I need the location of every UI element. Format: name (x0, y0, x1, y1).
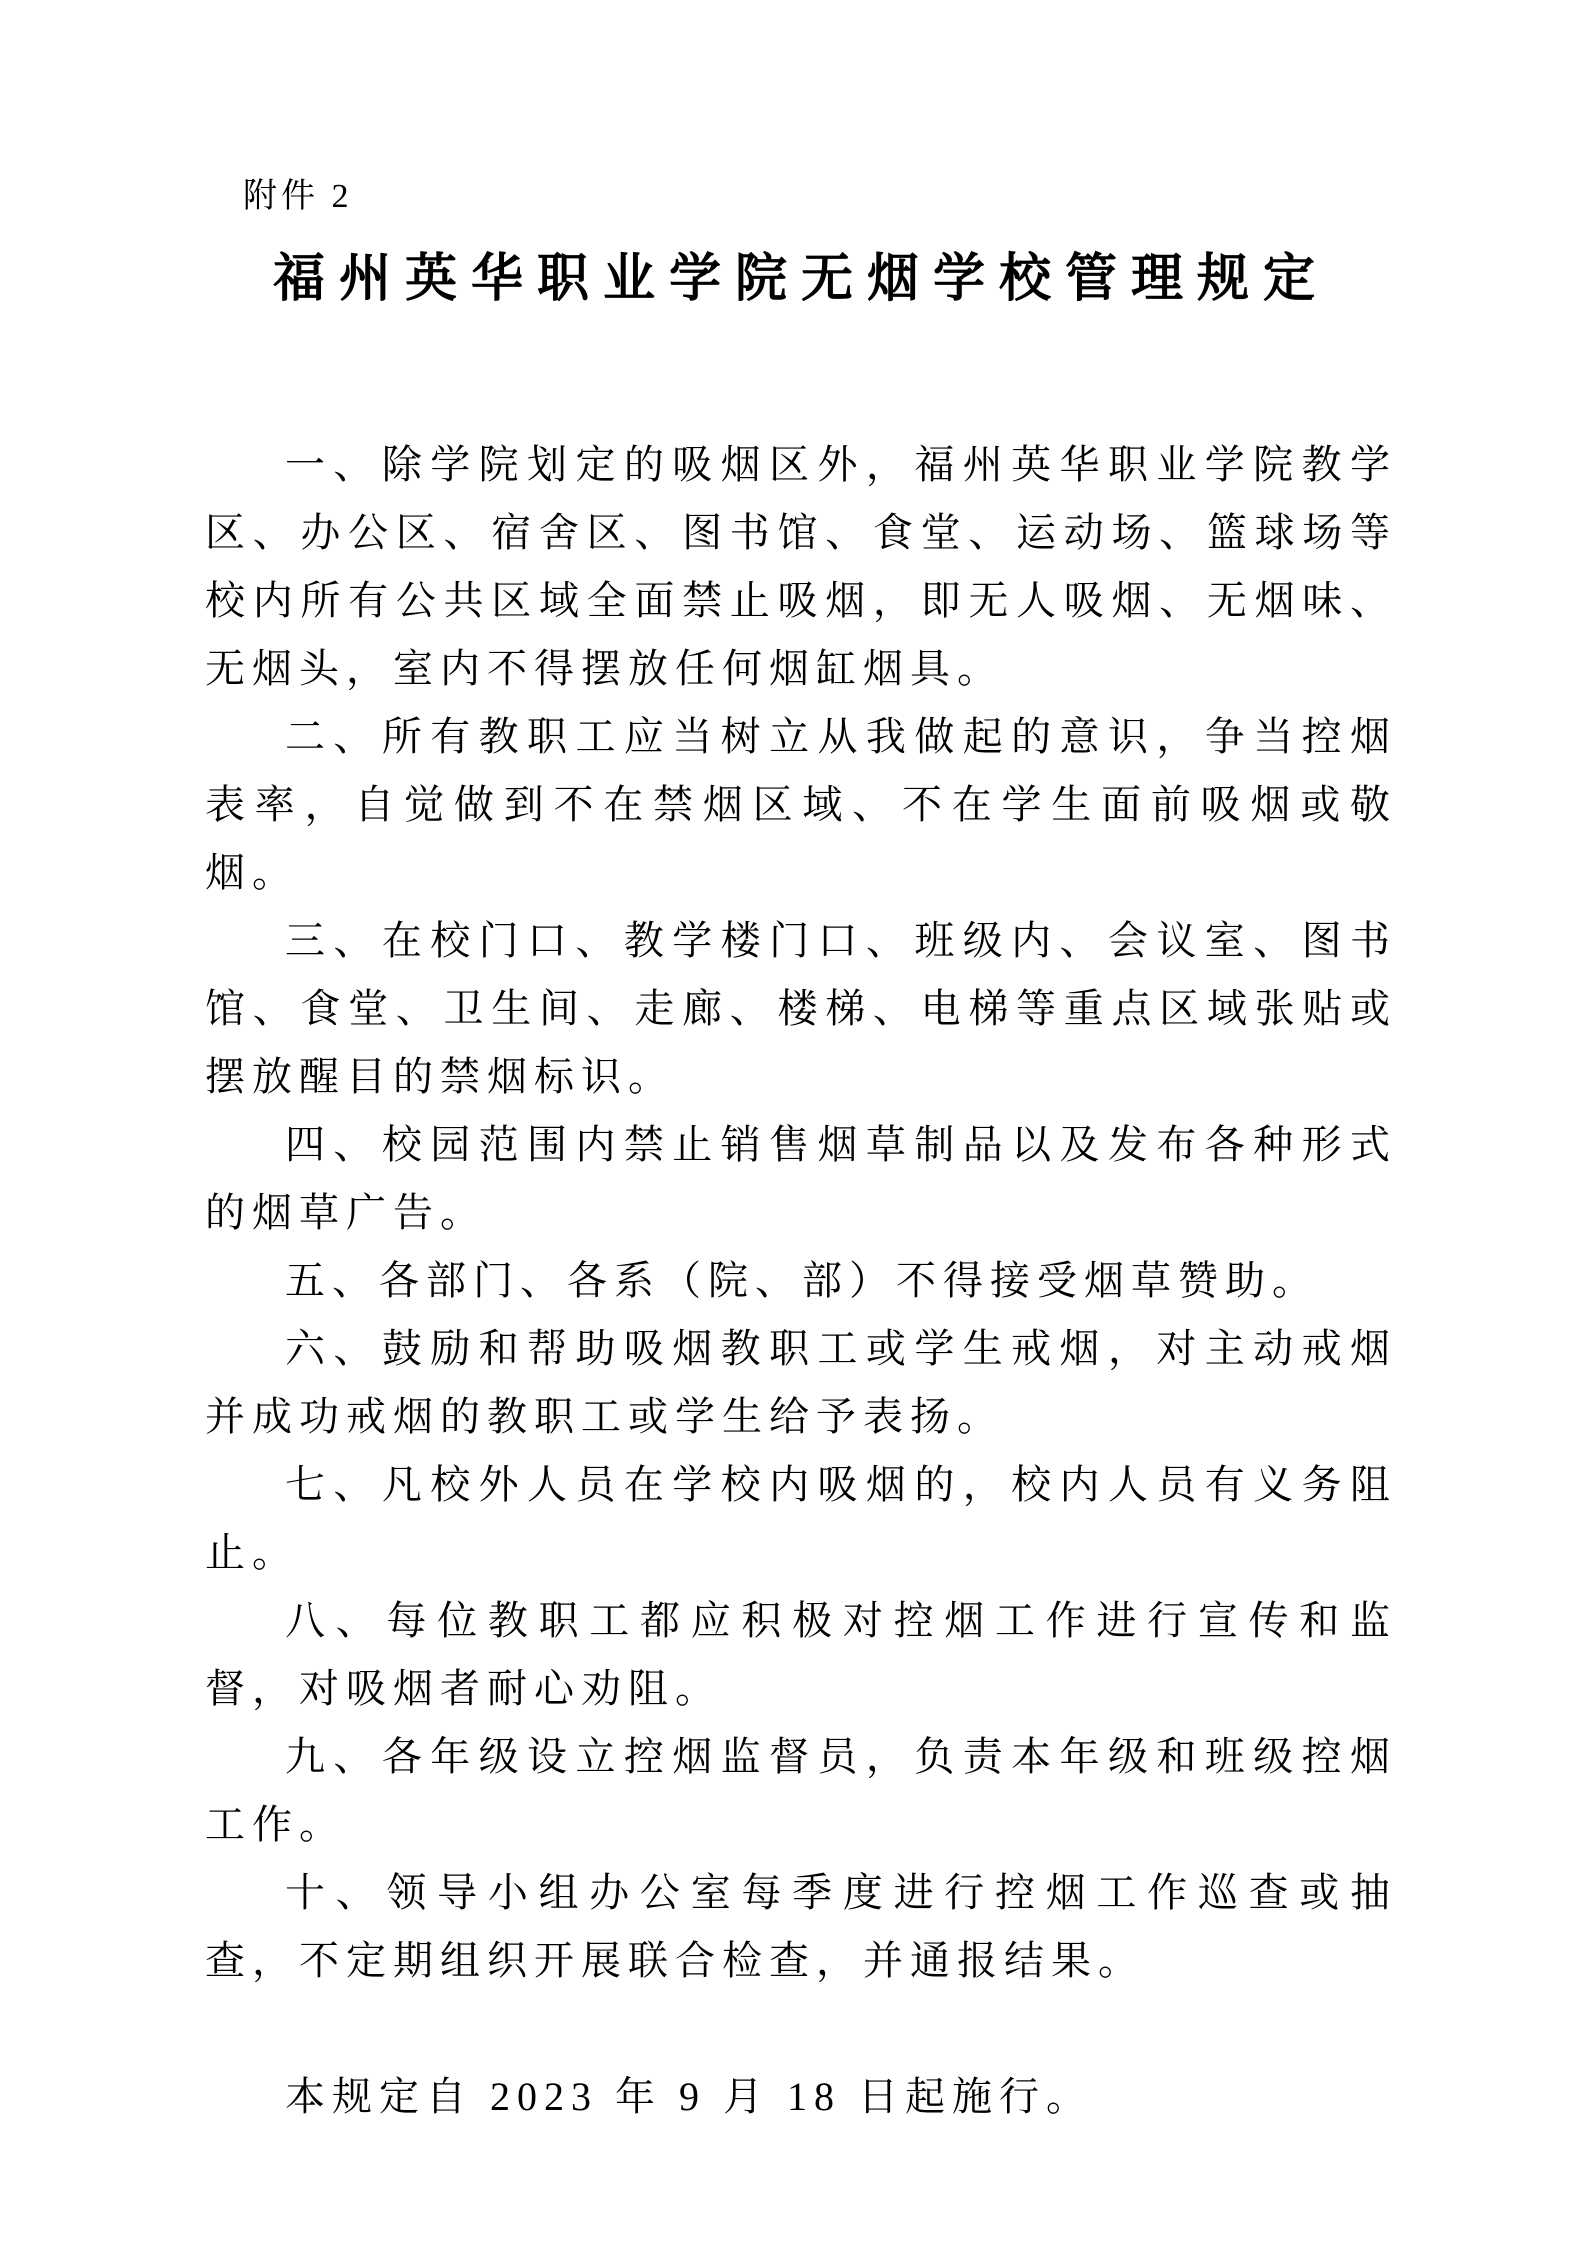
document-page: 附件 2 福州英华职业学院无烟学校管理规定 一、除学院划定的吸烟区外，福州英华职… (0, 0, 1587, 2245)
paragraph-4: 四、校园范围内禁止销售烟草制品以及发布各种形式的烟草广告。 (205, 1111, 1397, 1247)
paragraph-5: 五、各部门、各系（院、部）不得接受烟草赞助。 (205, 1247, 1397, 1315)
paragraph-7: 七、凡校外人员在学校内吸烟的，校内人员有义务阻止。 (205, 1451, 1397, 1587)
attachment-label: 附件 2 (243, 175, 1397, 219)
paragraph-10: 十、领导小组办公室每季度进行控烟工作巡查或抽查，不定期组织开展联合检查，并通报结… (205, 1859, 1397, 1995)
paragraph-3: 三、在校门口、教学楼门口、班级内、会议室、图书馆、食堂、卫生间、走廊、楼梯、电梯… (205, 907, 1397, 1111)
paragraph-8: 八、每位教职工都应积极对控烟工作进行宣传和监督，对吸烟者耐心劝阻。 (205, 1587, 1397, 1723)
document-title: 福州英华职业学院无烟学校管理规定 (205, 245, 1397, 315)
effective-date-line: 本规定自 2023 年 9 月 18 日起施行。 (205, 2063, 1397, 2131)
paragraph-6: 六、鼓励和帮助吸烟教职工或学生戒烟，对主动戒烟并成功戒烟的教职工或学生给予表扬。 (205, 1315, 1397, 1451)
paragraph-2: 二、所有教职工应当树立从我做起的意识，争当控烟表率，自觉做到不在禁烟区域、不在学… (205, 703, 1397, 907)
paragraph-9: 九、各年级设立控烟监督员，负责本年级和班级控烟工作。 (205, 1723, 1397, 1859)
document-body: 一、除学院划定的吸烟区外，福州英华职业学院教学区、办公区、宿舍区、图书馆、食堂、… (205, 431, 1397, 2131)
paragraph-1: 一、除学院划定的吸烟区外，福州英华职业学院教学区、办公区、宿舍区、图书馆、食堂、… (205, 431, 1397, 703)
